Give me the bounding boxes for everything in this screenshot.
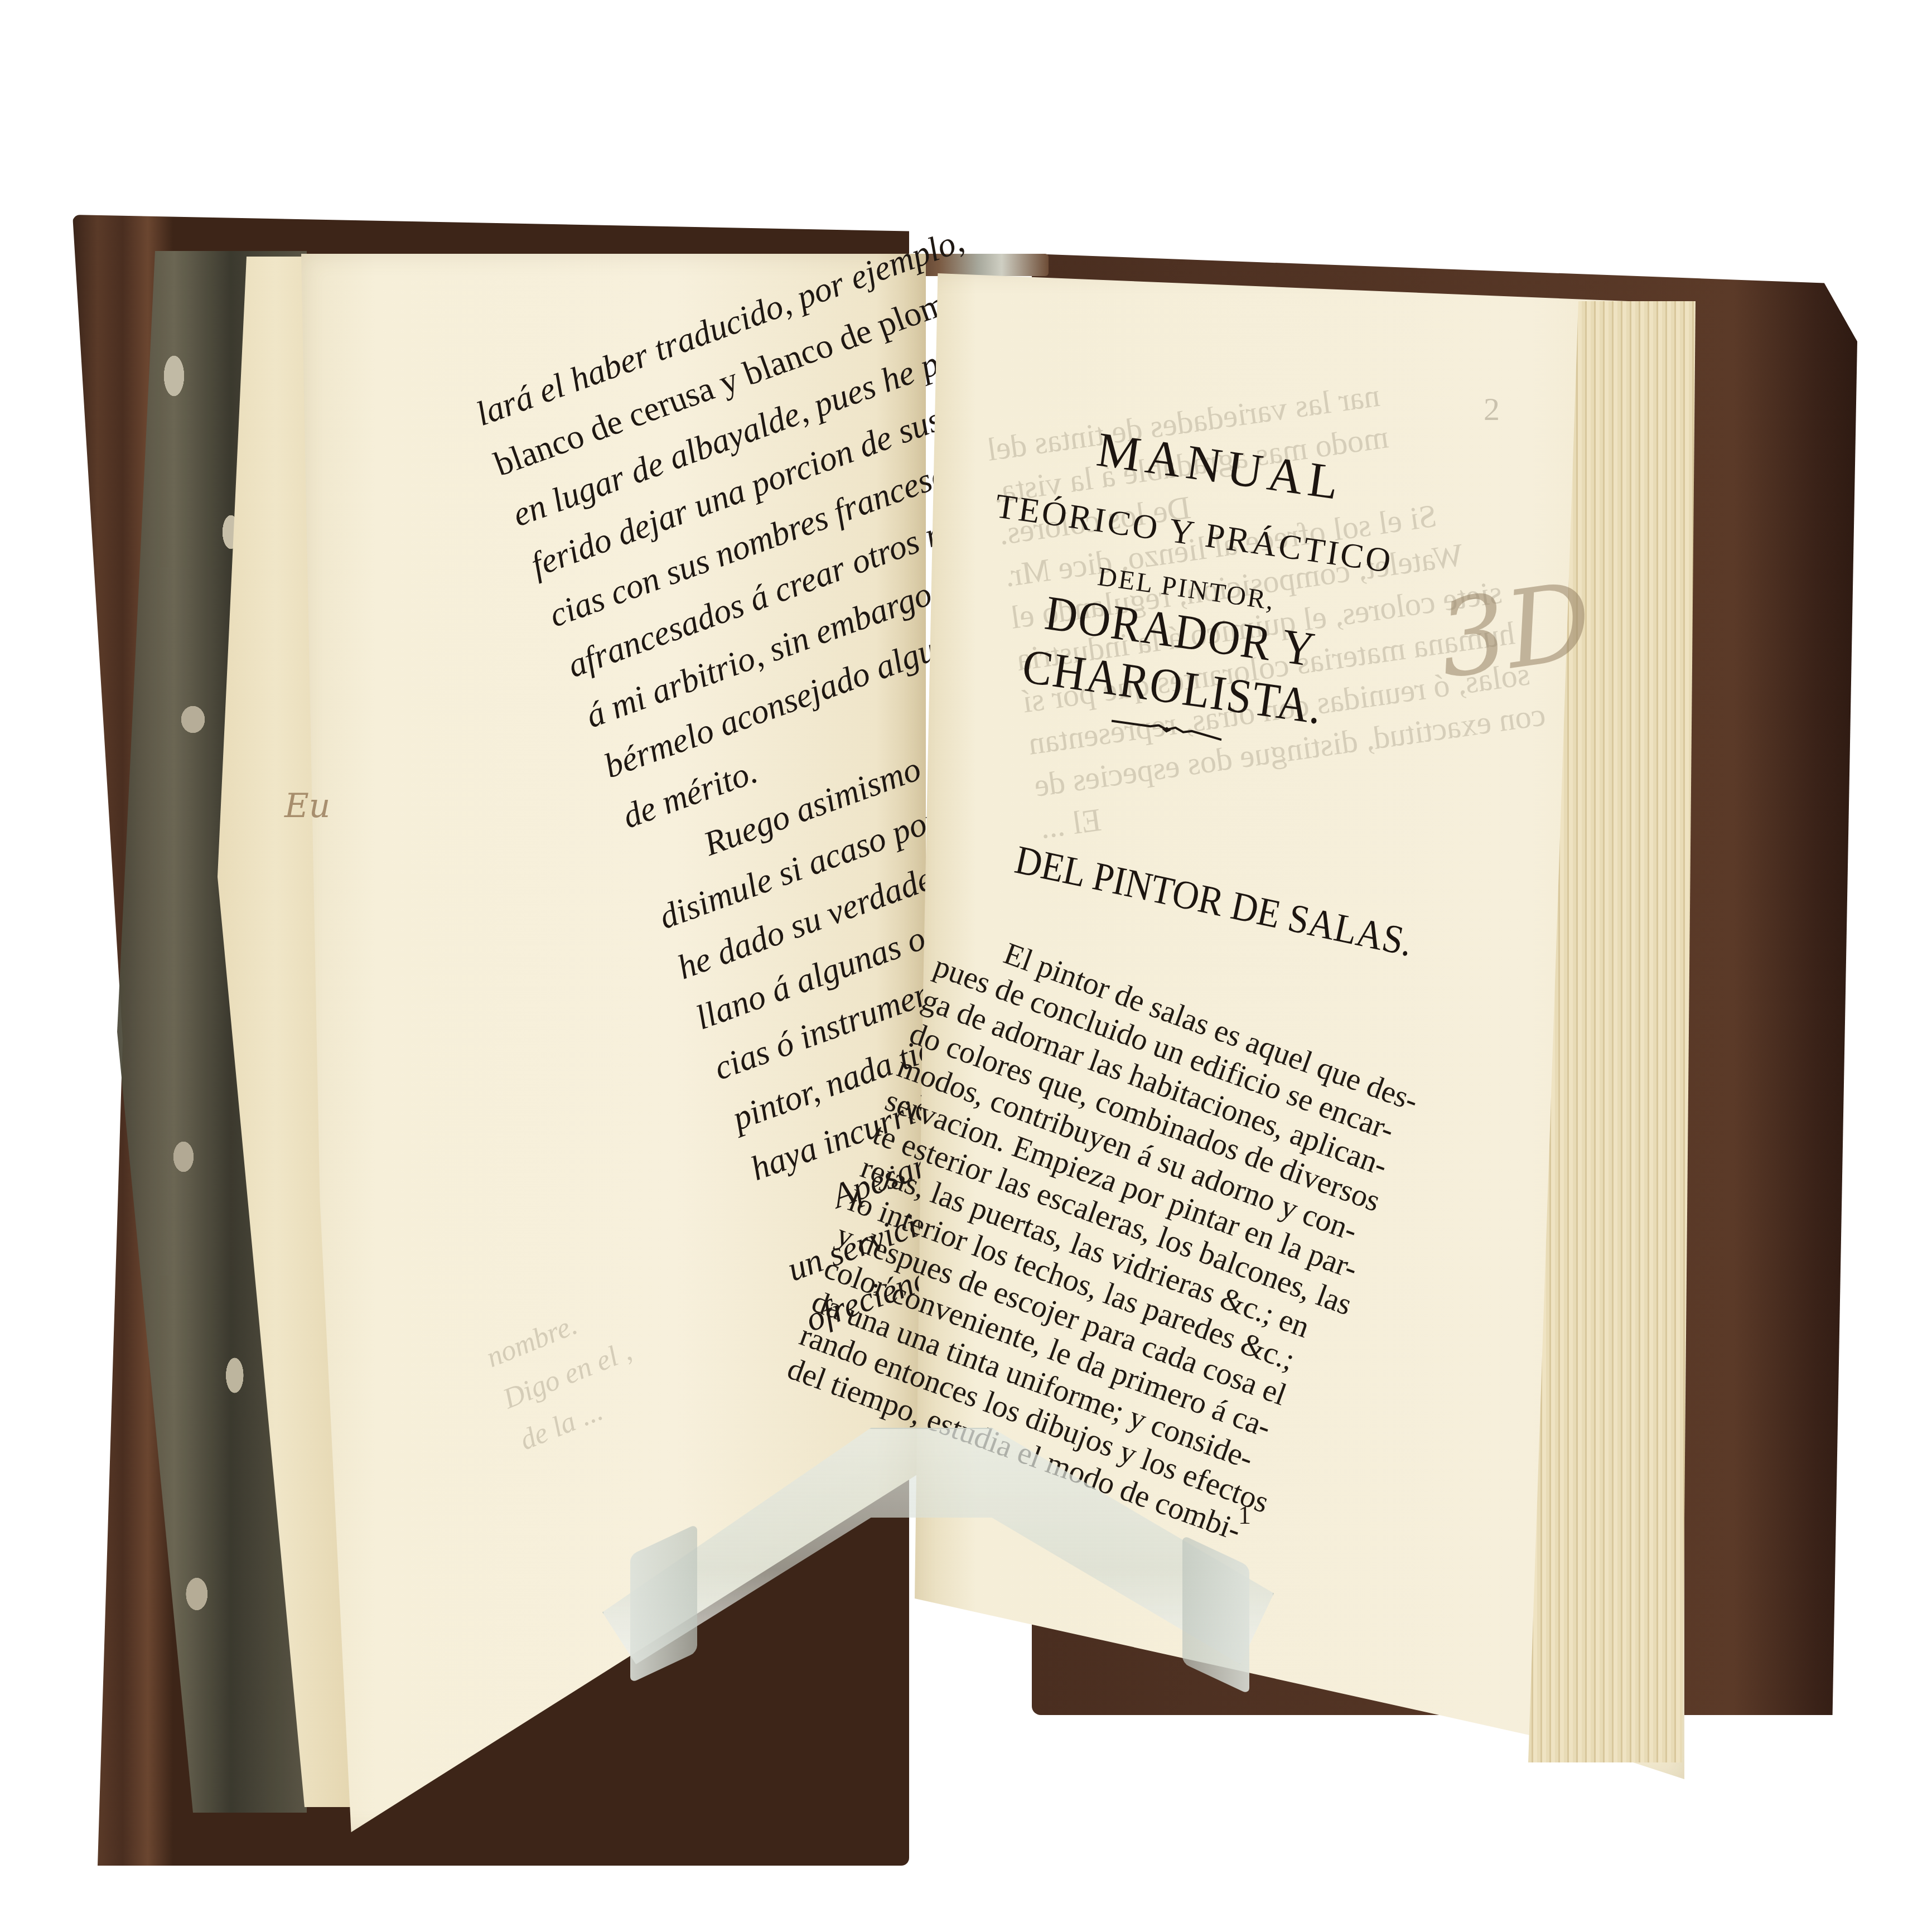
pencil-annotation: 3D xyxy=(1431,559,1599,702)
page-number: 1 xyxy=(1238,1500,1251,1530)
left-margin-pencil-mark: Eu xyxy=(284,786,330,825)
book-photo-scene: Eu nombre. Digo en el , de la ... lará e… xyxy=(0,0,1932,1932)
